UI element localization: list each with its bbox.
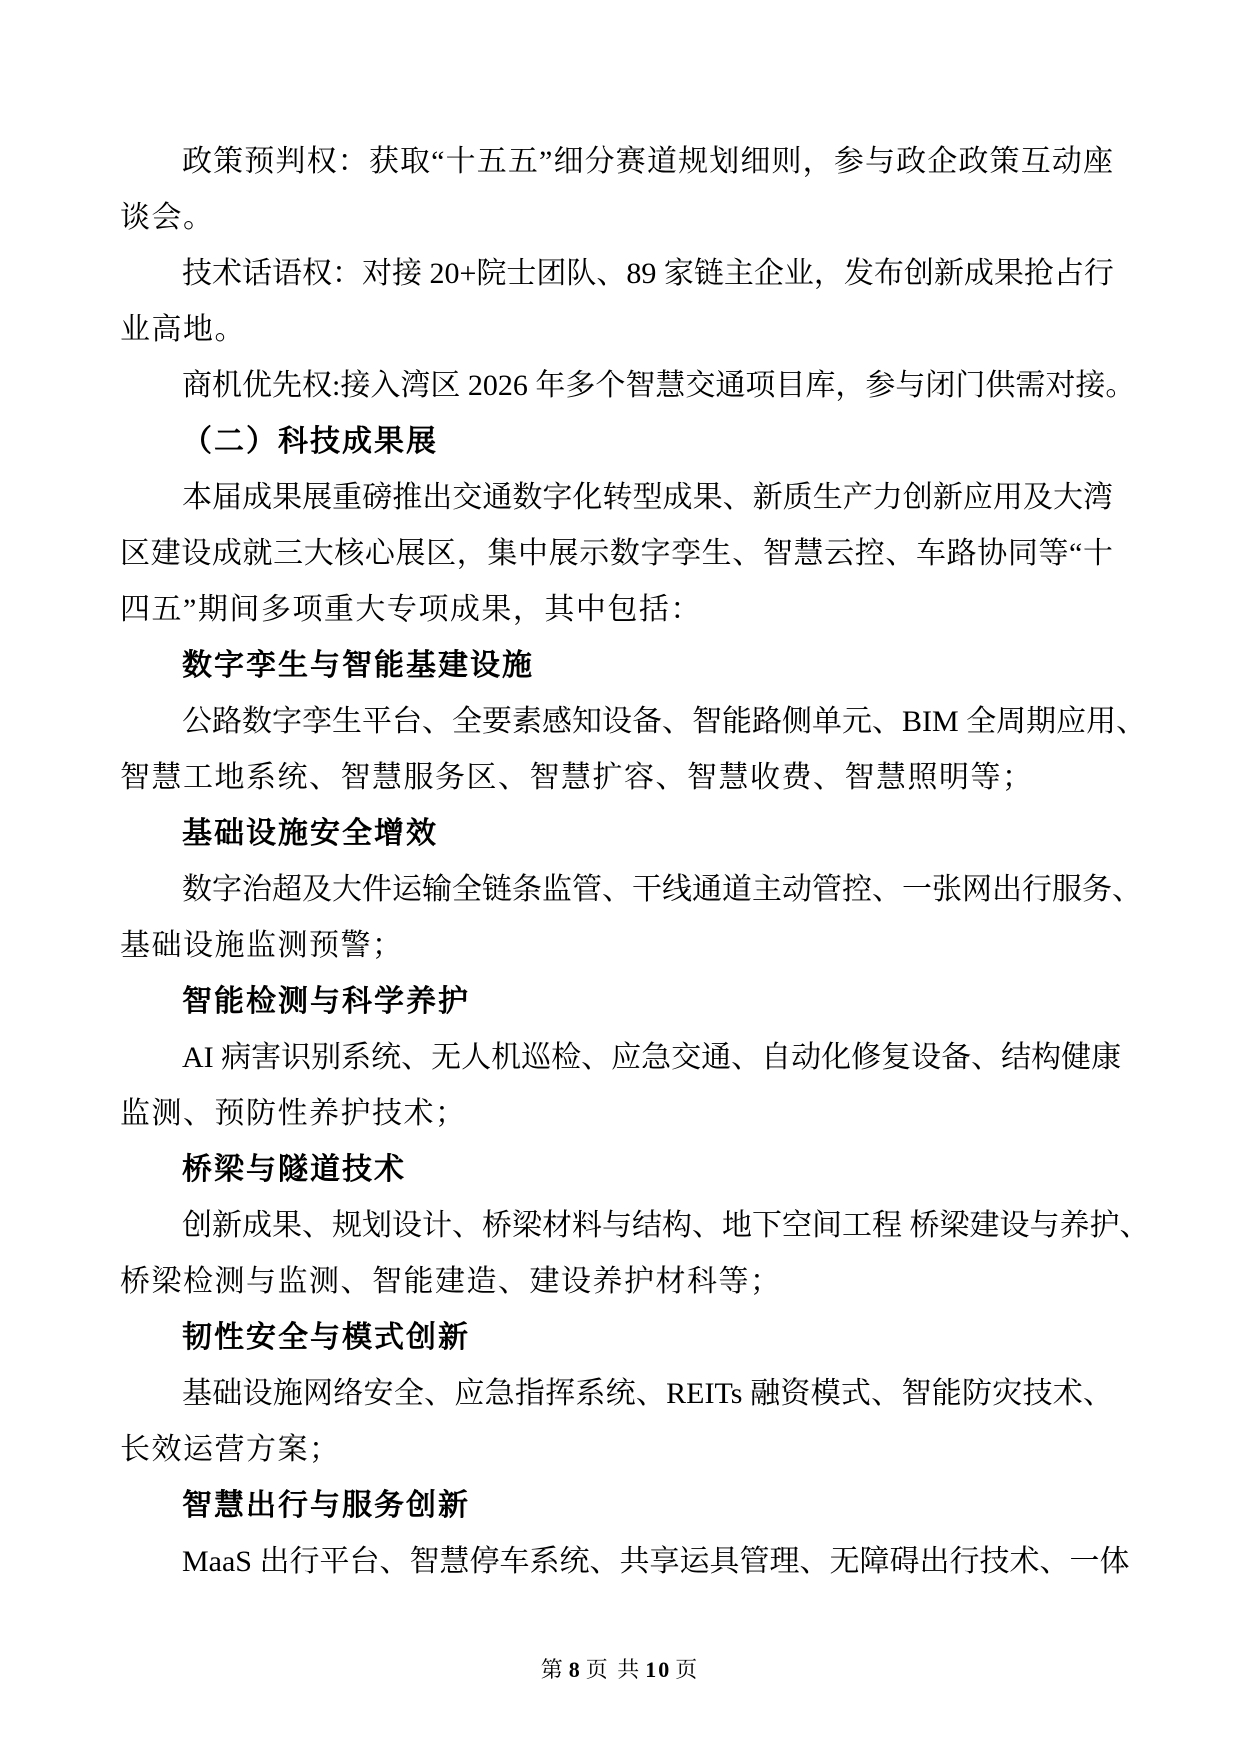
text-line: 基础设施监测预警； [120,918,1113,974]
text-line: 数字治超及大件运输全链条监管、干线通道主动管控、一张网出行服务、 [120,862,1113,918]
text-line: 基础设施网络安全、应急指挥系统、REITs 融资模式、智能防灾技术、 [120,1366,1113,1422]
text-line: 区建设成就三大核心展区，集中展示数字孪生、智慧云控、车路协同等“十 [120,526,1113,582]
text-line: AI 病害识别系统、无人机巡检、应急交通、自动化修复设备、结构健康 [120,1030,1113,1086]
page-footer: 第8页 共10页 [0,1642,1240,1698]
section-heading: 桥梁与隧道技术 [120,1142,1113,1198]
footer-label-middle: 页 共 [586,1657,642,1682]
page-number: 8 [569,1657,582,1682]
document-page: 政策预判权：获取“十五五”细分赛道规划细则，参与政企政策互动座谈会。技术话语权：… [0,0,1240,1754]
text-line: 桥梁检测与监测、智能建造、建设养护材科等； [120,1254,1113,1310]
text-line: 谈会。 [120,190,1113,246]
text-line: 智慧工地系统、智慧服务区、智慧扩容、智慧收费、智慧照明等； [120,750,1113,806]
text-line: 技术话语权：对接 20+院士团队、89 家链主企业，发布创新成果抢占行 [120,246,1113,302]
section-heading: 智慧出行与服务创新 [120,1478,1113,1534]
text-line: 四五”期间多项重大专项成果，其中包括： [120,582,1113,638]
section-heading: 韧性安全与模式创新 [120,1310,1113,1366]
section-heading: 基础设施安全增效 [120,806,1113,862]
text-line: 监测、预防性养护技术； [120,1086,1113,1142]
text-line: MaaS 出行平台、智慧停车系统、共享运具管理、无障碍出行技术、一体 [120,1534,1113,1590]
section-heading: 智能检测与科学养护 [120,974,1113,1030]
document-body: 政策预判权：获取“十五五”细分赛道规划细则，参与政企政策互动座谈会。技术话语权：… [120,134,1113,1590]
text-line: 本届成果展重磅推出交通数字化转型成果、新质生产力创新应用及大湾 [120,470,1113,526]
text-line: 公路数字孪生平台、全要素感知设备、智能路侧单元、BIM 全周期应用、 [120,694,1113,750]
text-line: 创新成果、规划设计、桥梁材料与结构、地下空间工程 桥梁建设与养护、 [120,1198,1113,1254]
footer-label-suffix: 页 [675,1657,699,1682]
section-heading: （二）科技成果展 [120,414,1113,470]
text-line: 业高地。 [120,302,1113,358]
section-heading: 数字孪生与智能基建设施 [120,638,1113,694]
text-line: 政策预判权：获取“十五五”细分赛道规划细则，参与政企政策互动座 [120,134,1113,190]
text-line: 商机优先权:接入湾区 2026 年多个智慧交通项目库，参与闭门供需对接。 [120,358,1113,414]
text-line: 长效运营方案； [120,1422,1113,1478]
page-total: 10 [645,1657,671,1682]
footer-label-prefix: 第 [541,1657,565,1682]
